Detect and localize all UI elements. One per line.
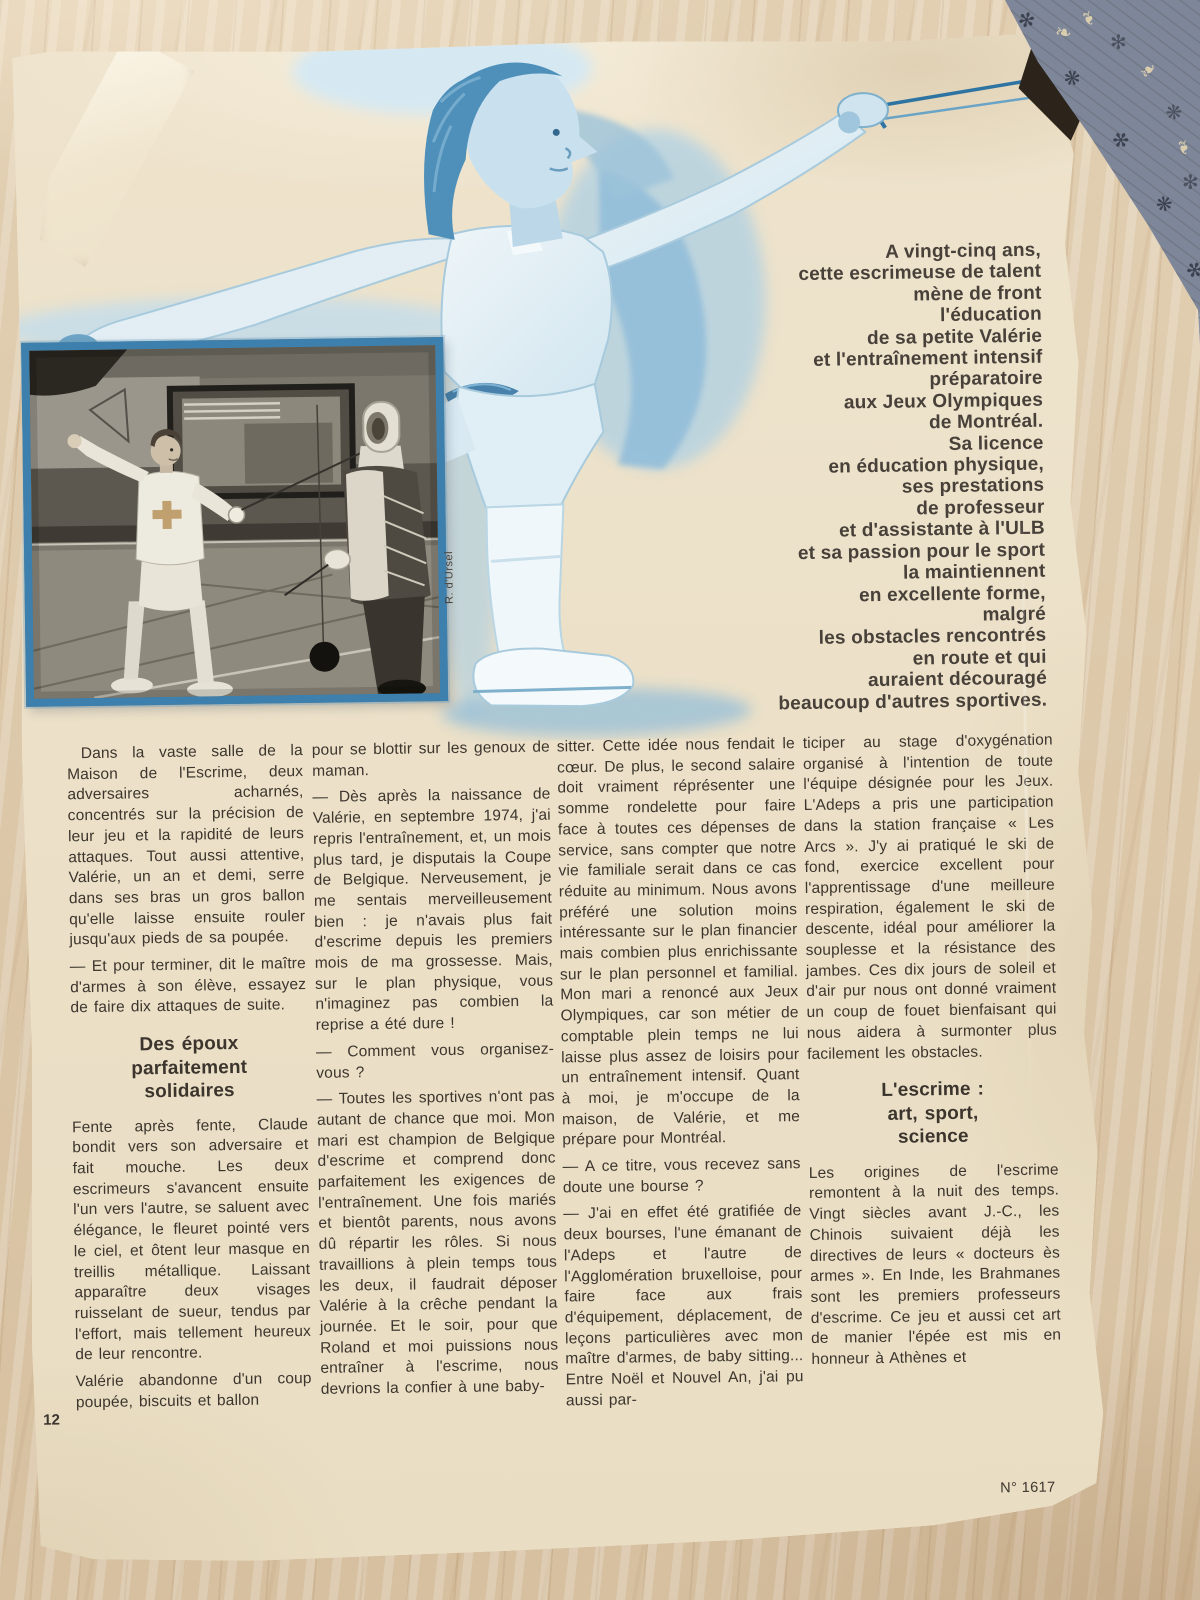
paragraph: — Dès après la naissance de Valérie, en … (312, 785, 553, 1037)
paragraph: — J'ai en effet été gratifiée de deux bo… (563, 1202, 804, 1412)
flower-icon: ✻ (1182, 170, 1199, 195)
intro-text: A vingt-cinq ans, cette escrimeuse de ta… (705, 240, 1048, 716)
paragraph: Dans la vaste salle de la Maison de l'Es… (67, 741, 306, 951)
paragraph: Valérie abandonne d'un coup poupée, bisc… (75, 1369, 312, 1414)
column-2: pour se blottir sur les genoux de maman.… (312, 738, 559, 1407)
flower-icon: ❋ (1159, 98, 1188, 128)
paragraph: — Toutes les sportives n'ont pas autant … (317, 1087, 559, 1401)
magazine-page: A vingt-cinq ans, cette escrimeuse de ta… (12, 33, 1111, 1564)
paragraph: pour se blottir sur les genoux de maman. (312, 738, 551, 783)
column-4: ticiper au stage d'oxygénation organisé … (803, 731, 1062, 1377)
leaf-icon: ❧ (1169, 135, 1198, 159)
flower-icon: ✻ (1110, 30, 1127, 55)
paragraph: Les origines de l'escrime remontent à la… (809, 1160, 1062, 1371)
paragraph: sitter. Cette idée nous fendait le cœur.… (557, 734, 801, 1151)
photo-credit: R. d'Ursel (442, 494, 460, 604)
inset-photo (21, 337, 448, 707)
paragraph: — A ce titre, vous recevez sans doute un… (563, 1154, 802, 1199)
column-1: Dans la vaste salle de la Maison de l'Es… (67, 741, 312, 1420)
flower-icon: ❋ (1154, 191, 1175, 219)
section-heading-epoux: Des époux parfaitement solidaires (71, 1031, 308, 1105)
leaf-icon: ❧ (1073, 5, 1103, 32)
column-3: sitter. Cette idée nous fendait le cœur.… (557, 734, 804, 1418)
paragraph: — Et pour terminer, dit le maître d'arme… (70, 954, 307, 1019)
page-number: 12 (43, 1411, 60, 1428)
leaf-icon: ❧ (1134, 56, 1164, 86)
flower-icon: ❋ (1060, 64, 1084, 93)
paragraph: ticiper au stage d'oxygénation organisé … (803, 731, 1058, 1066)
paragraph: — Comment vous organisez-vous ? (316, 1039, 555, 1084)
section-heading-escrime: L'escrime : art, sport, science (807, 1077, 1058, 1151)
flower-icon: ✻ (1107, 125, 1134, 155)
issue-number: N° 1617 (1000, 1480, 1056, 1497)
flower-icon: ✻ (1182, 256, 1200, 285)
leaf-icon: ❧ (1053, 19, 1074, 47)
paragraph: Fente après fente, Claude bondit vers so… (72, 1115, 311, 1367)
